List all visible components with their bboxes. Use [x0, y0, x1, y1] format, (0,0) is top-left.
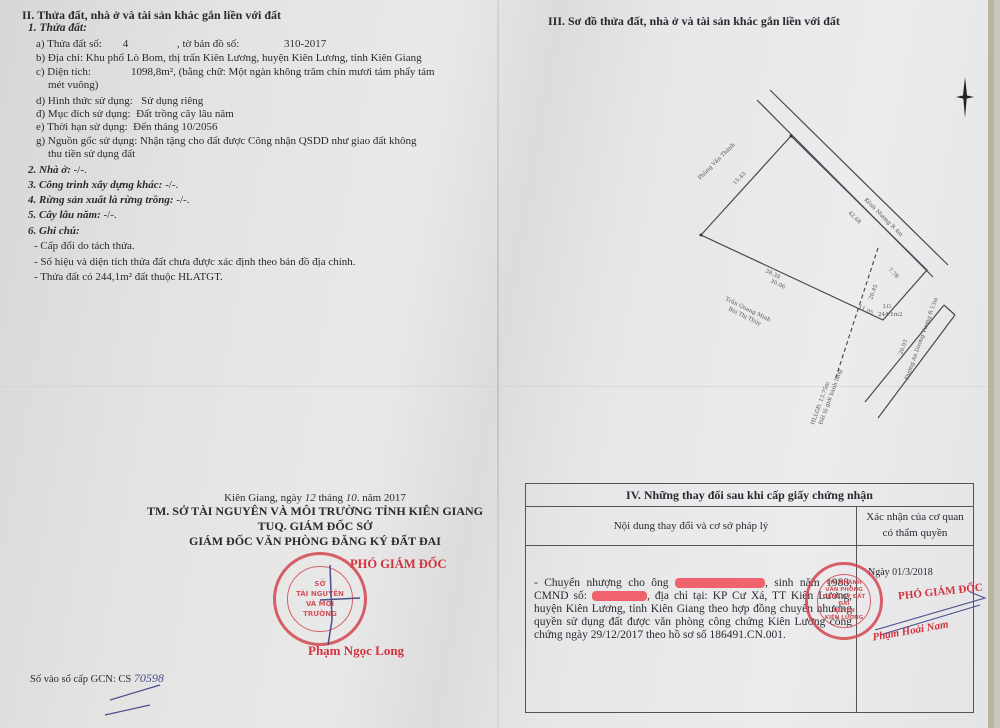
- house: 2. Nhà ở: -/-.: [28, 164, 87, 176]
- note-item: - Cấp đổi do tách thửa.: [34, 240, 135, 252]
- office-title: GIÁM ĐỐC VĂN PHÒNG ĐĂNG KÝ ĐẤT ĐAI: [130, 534, 500, 549]
- usage-term: e) Thời hạn sử dụng: Đến tháng 10/2056: [36, 121, 217, 133]
- address: b) Địa chỉ: Khu phố Lò Bom, thị trấn Kiê…: [36, 52, 422, 64]
- signer-name-left: Phạm Ngọc Long: [308, 643, 404, 659]
- svg-text:20.03: 20.03: [898, 338, 909, 355]
- usage-purpose: đ) Mục đích sử dụng: Đất trồng cây lâu n…: [36, 108, 234, 120]
- land-plot-diagram: Phùng Văn Thành 15.43 Kênh Mương R 4m 42…: [560, 80, 990, 440]
- road-label: Đường An Dương Vương R 13m: [903, 296, 940, 381]
- issue-date: Kiên Giang, ngày 12 tháng 10. năm 2017: [130, 492, 500, 504]
- forest: 4. Rừng sản xuất là rừng trồng: -/-.: [28, 194, 189, 206]
- redacted-id: [592, 591, 647, 601]
- note-item: - Số hiệu và diện tích thửa đất chưa đượ…: [34, 256, 356, 268]
- usage-origin-cont: thu tiền sử dụng đất: [48, 148, 135, 160]
- neighbor-nw-label: Phùng Văn Thành: [696, 141, 736, 181]
- area-cont: mét vuông): [48, 79, 98, 91]
- svg-text:7.78: 7.78: [887, 267, 900, 280]
- change-entry: - Chuyển nhượng cho ông , sinh năm 1988,…: [534, 577, 852, 642]
- other-works: 3. Công trình xây dựng khác: -/-.: [28, 179, 178, 191]
- usage-form: d) Hình thức sử dụng: Sử dụng riêng: [36, 95, 203, 107]
- section4-title: IV. Những thay đổi sau khi cấp giấy chứn…: [526, 484, 973, 507]
- svg-text:15.43: 15.43: [732, 171, 748, 187]
- svg-text:LG: LG: [883, 304, 891, 310]
- changes-table-header: Nội dung thay đổi và cơ sở pháp lý Xác n…: [526, 507, 973, 546]
- canal-label: Kênh Mương R 4m: [863, 196, 905, 238]
- usage-origin: g) Nguồn gốc sử dụng: Nhận tặng cho đất …: [36, 135, 417, 147]
- issuing-org: TM. SỞ TÀI NGUYÊN VÀ MÔI TRƯỜNG TỈNH KIÊ…: [130, 504, 500, 519]
- notes-heading: 6. Ghi chú:: [28, 225, 80, 237]
- initials-scribble: [100, 680, 170, 720]
- plot-number: a) Thửa đất số: 4 , tờ bản đồ số: 310-20…: [36, 38, 326, 50]
- land-plot-heading: 1. Thửa đất:: [28, 22, 87, 34]
- svg-text:244.1m2: 244.1m2: [878, 312, 902, 318]
- section3-title: III. Sơ đồ thửa đất, nhà ở và tài sản kh…: [548, 14, 840, 29]
- fold-line: [497, 0, 499, 728]
- svg-text:20.45: 20.45: [868, 283, 879, 300]
- svg-text:30.06: 30.06: [769, 278, 786, 291]
- section2-title: II. Thửa đất, nhà ở và tài sản khác gắn …: [22, 8, 281, 23]
- redacted-name: [675, 578, 765, 588]
- certificate-sheet: II. Thửa đất, nhà ở và tài sản khác gắn …: [0, 0, 994, 728]
- signature-scribble-left: [300, 560, 370, 650]
- authorization: TUQ. GIÁM ĐỐC SỞ: [130, 519, 500, 534]
- confirmation-date: Ngày 01/3/2018: [868, 567, 933, 578]
- svg-text:11.05: 11.05: [857, 304, 874, 317]
- col-confirmation-header: Xác nhận của cơ quan có thẩm quyền: [857, 507, 973, 545]
- note-item: - Thửa đất có 244,1m² đất thuộc HLATGT.: [34, 271, 223, 283]
- area: c) Diện tích:1098,8m², (bằng chữ: Một ng…: [36, 66, 435, 78]
- svg-text:42.68: 42.68: [847, 210, 863, 226]
- col-content-header: Nội dung thay đổi và cơ sở pháp lý: [526, 507, 857, 545]
- signature-block-left: Kiên Giang, ngày 12 tháng 10. năm 2017 T…: [130, 492, 500, 549]
- paper-edge: [988, 0, 994, 728]
- perennial-trees: 5. Cây lâu năm: -/-.: [28, 209, 117, 221]
